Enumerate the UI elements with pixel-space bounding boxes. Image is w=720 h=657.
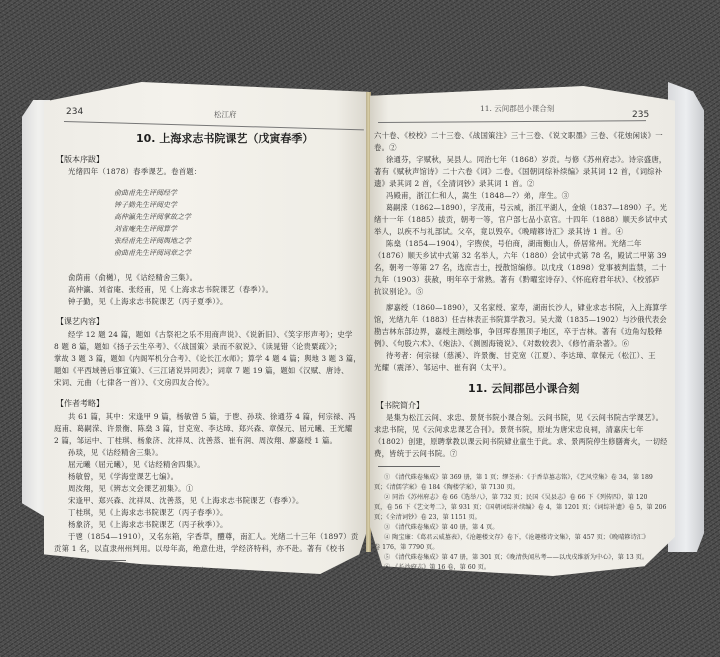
text-line: 丁桂琪，见《上海求志书院课艺（丙子春季）》。 <box>68 507 228 518</box>
left-page: 234 松江府 10. 上海求志书院课艺（戊寅春季） 【版本序跋】 光绪四年（1… <box>44 82 369 574</box>
text-line: 杨象济，见《上海求志书院课艺（丙子秋季）》。 <box>68 519 228 530</box>
text-line: 题如《平西域善后事宜策》、《三江诸说异同表》；词章 7 题 19 篇，题如《汉赋… <box>54 365 349 376</box>
footnote: ⑤ 《清代硃卷集成》第 47 册，第 301 页；《晚清佚闻丛考——以戊戌维新为… <box>384 552 648 561</box>
footnote: ③ 《清代硃卷集成》第 40 册，第 4 页。 <box>384 522 498 531</box>
footnote: 页，卷 56 下《艺文考二》，第 931 页；《国朝词综补续编》卷 4，第 12… <box>374 502 666 511</box>
text-line: 杨敏曾，见《学海堂课艺七编》。 <box>68 471 178 482</box>
text-line: 廖嘉绶（1860—1890），又名家绶、家寿，湖南长沙人，肄业求志书院，入上海算… <box>386 302 667 313</box>
running-head: 11. 云间郡邑小课合刻 <box>480 103 554 114</box>
running-head: 松江府 <box>214 109 237 120</box>
text-line: 周汝翔，见《辨志文会课艺初集》。① <box>68 483 193 494</box>
text-line: 遗》录其词 2 首，《全清词钞》录其词 1 首。② <box>374 178 535 189</box>
text-line: 勘吉林东部边界，嘉绶主测绘事，争回珲春黑顶子地区，卒于吉林。著有《边角勾股释 <box>374 326 662 337</box>
text-line: 陈燊（1854—1904），字煦侯，号伯商，湖南衡山人，侨居常州。光绪二年 <box>386 238 642 249</box>
section-tag-academy: 【书院简介】 <box>376 400 424 411</box>
section-title: 11. 云间郡邑小课合刻 <box>468 380 579 396</box>
text-line: 待考者：何宗禄（慈溪）、许景衡、甘克宽（江夏）、李达璋、章保元（松江）、王 <box>386 350 656 361</box>
text-line: 经学 12 题 24 篇，题如《古祭祀之乐不用商声说》、《说新旧》、《笑字形声考… <box>68 329 353 340</box>
text-line: 8 题 8 篇，题如《扬子云生卒考》、《〈战国策〉录而不叙说》、《读晁错〈论贵粟… <box>54 341 342 352</box>
text-line: 于鬯（1854—1910），又名东箱，字香草，醴尊，南汇人。光绪二十三年（189… <box>68 531 358 542</box>
text-line: 共 61 篇，其中：宋逢甲 9 篇，杨敏曾 5 篇，于鬯、孙琰、徐通芬 4 篇，… <box>68 411 356 422</box>
footnote: 卷 176，第 7790 页。 <box>374 542 438 551</box>
text-line: 名，朝考一等第 27 名，选庶吉士，授散馆编修。以戊戌（1898）党事被判监禁，… <box>374 262 667 273</box>
text-line: 馆，光绪九年（1883）任吉林表正书院算学教习。吴大澂（1835—1902）与沙… <box>374 314 667 325</box>
footnote: ⑥ 《长沙府志》第 16 卷，第 60 页。 <box>384 562 490 571</box>
text-line: 六十卷、《校校》二十三卷、《战国策注》三十三卷、《说文职墨》三卷、《花烛闲谈》一 <box>374 130 663 141</box>
reviewer-line: 俞曲甫先生评阅词章之学 <box>114 248 191 258</box>
header-rule <box>64 121 364 130</box>
footnote: ① 《清代硃卷集成》第 369 册，第 1 页；缪荃孙：《于香草墓志铭》，《艺风… <box>384 472 653 481</box>
reviewer-line: 钟子勤先生评阅史学 <box>114 200 177 210</box>
text-line: 求忠书院，见《云间求忠课艺合刊》。景贤书院，原址为唐宋忠良祠，清嘉庆七年 <box>374 424 644 435</box>
text-line: 徐通芬，字赋秋，吴县人。同治七年（1868）岁贡。与修《苏州府志》。诗宗盛唐， <box>386 154 666 165</box>
text-line: 葛嗣溁（1862—1890），字茂甫，号云威，浙江平湖人，金烺（1837—189… <box>386 202 667 213</box>
text-line: 贡第 1 名，以直隶州州判用。以母年高，绝意仕进，学经济特科，亦不赴。著有《校书 <box>54 543 345 554</box>
text-line: （1876）顺天乡试中式第 32 名举人，六年（1880）会试中式第 78 名，… <box>374 250 666 261</box>
footnote: 页；《清儒学案》卷 184《陶楼学案》，第 7130 页。 <box>374 482 519 491</box>
text-line: 庭甫、葛嗣溁、许景衡、陈燊 3 篇，甘克宽、李达璋、郑兴森、章保元、屈元曦、王光… <box>54 423 352 434</box>
text-line: 著有《赋秋声馆诗》二十六卷《词》二卷。《国朝词综补续编》录其词 12 首，《词综… <box>374 166 662 177</box>
section-title: 10. 上海求志书院课艺（戊寅春季） <box>136 130 313 146</box>
text-line: 孙琰，见《诂经精舍三集》。 <box>68 447 163 458</box>
text-line: 抗议别论》。⑤ <box>374 286 423 297</box>
reviewer-line: 张经甫先生评阅舆地之学 <box>114 236 191 246</box>
footnote: 页；《全清词钞》卷 23，第 1151 页。 <box>374 512 481 521</box>
text-line: 是集为松江云间、求忠、景贤书院小课合刻。云间书院，见《云间书院古学课艺》。 <box>386 412 663 423</box>
text-line: 掌故 3 题 3 篇，题如《内阁军机分合考》、《论长江水师》；算学 4 题 4 … <box>54 353 361 364</box>
text-line: 绪十一年（1885）拔贡，朝考一等，官户部七品小京官。十四年（1888）顺天乡试… <box>374 214 667 225</box>
page-number: 235 <box>632 110 649 120</box>
text-line: 举人，以疾不与礼部试。父卒，竟以毁卒。《晚晴簃诗汇》录其诗 1 首。④ <box>374 226 623 237</box>
right-page: 11. 云间郡邑小课合刻 235 六十卷、《校校》二十三卷、《战国策注》三十三卷… <box>370 86 675 576</box>
text-line: 屈元曦（屈元曦），见《诂经精舍四集》。 <box>68 459 205 470</box>
footnote: ④ 陶宝廉：《葛君云威墓表》，《沧趣楼文存》卷下，《沧趣楼诗文集》，第 457 … <box>384 532 649 541</box>
section-tag-edition: 【版本序跋】 <box>56 154 104 165</box>
text-line: 费，皆统于云间书院。⑦ <box>374 448 458 459</box>
section-tag-authors: 【作者考略】 <box>56 398 104 409</box>
reviewer-line: 俞曲甫先生评阅经学 <box>114 188 177 198</box>
footnote: ⑦ 光绪《娄县志》卷 7《学校》，第 14 叶。 <box>384 572 506 576</box>
reviewer-line: 高仲瀛先生评阅掌故之学 <box>114 212 191 222</box>
text-line: 钟子勤，见《上海求志书院课艺（丙子夏季）》。 <box>68 296 228 307</box>
footnote-rule <box>378 466 440 467</box>
text-line: （1802）创建，原聘掌教以课云间书院肄业童生于此。求、景两院停生修膳膏火，一切… <box>374 436 668 447</box>
text-line: 高仲瀛、刘省庵、张经甫，见《上海求志书院课艺（春季）》。 <box>68 284 273 295</box>
footnote: ② 同治《苏州府志》卷 66《选举八》，第 732 页；民国《吴县志》卷 66 … <box>384 492 648 501</box>
text-line: 光绪四年（1878）春季课艺。卷首题： <box>68 166 201 177</box>
text-line: 宋逢甲、郑兴森、沈祥凤、沈善蒸，见《上海求志书院课艺（春季）》。 <box>68 495 304 506</box>
text-line: 例》、《句股六术》、《炮法》、《测圆海镜说》、《对数较表》、《修竹斋杂著》。⑥ <box>374 338 629 349</box>
text-line: 2 篇，邹运中、丁桂琪、杨象济、沈祥凤、沈善蒸、崔有润、周汝翔、廖嘉绶 1 篇。 <box>54 435 337 446</box>
text-line: 宋词、元曲（七律各一首）》、《文房四友合传》。 <box>54 377 214 388</box>
text-line: 光耀（震泽）、邹运中、崔有润（太平）。 <box>374 362 511 373</box>
section-tag-content: 【课艺内容】 <box>56 316 104 327</box>
text-line: 冯殿甫，浙江仁和人，嵩生（1848—?）弟，庠生。③ <box>386 190 569 201</box>
text-line: 卷。② <box>374 142 397 153</box>
text-line: 九年（1903）获赦，明年卒于常熟。著有《黔曜室诗存》、《怀庭府君年状》、《校邠… <box>374 274 660 285</box>
header-rule <box>378 120 646 123</box>
reviewer-line: 刘省庵先生评阅算学 <box>114 224 177 234</box>
open-book: 234 松江府 10. 上海求志书院课艺（戊寅春季） 【版本序跋】 光绪四年（1… <box>0 0 720 657</box>
page-number: 234 <box>66 107 83 117</box>
footnote: ① 光绪《松江府续志》卷首《纂修衔名》，第 5 叶。 <box>68 565 211 574</box>
text-line: 俞荫甫（俞樾），见《诂经精舍三集》。 <box>68 272 197 283</box>
footnote-rule <box>56 560 126 561</box>
